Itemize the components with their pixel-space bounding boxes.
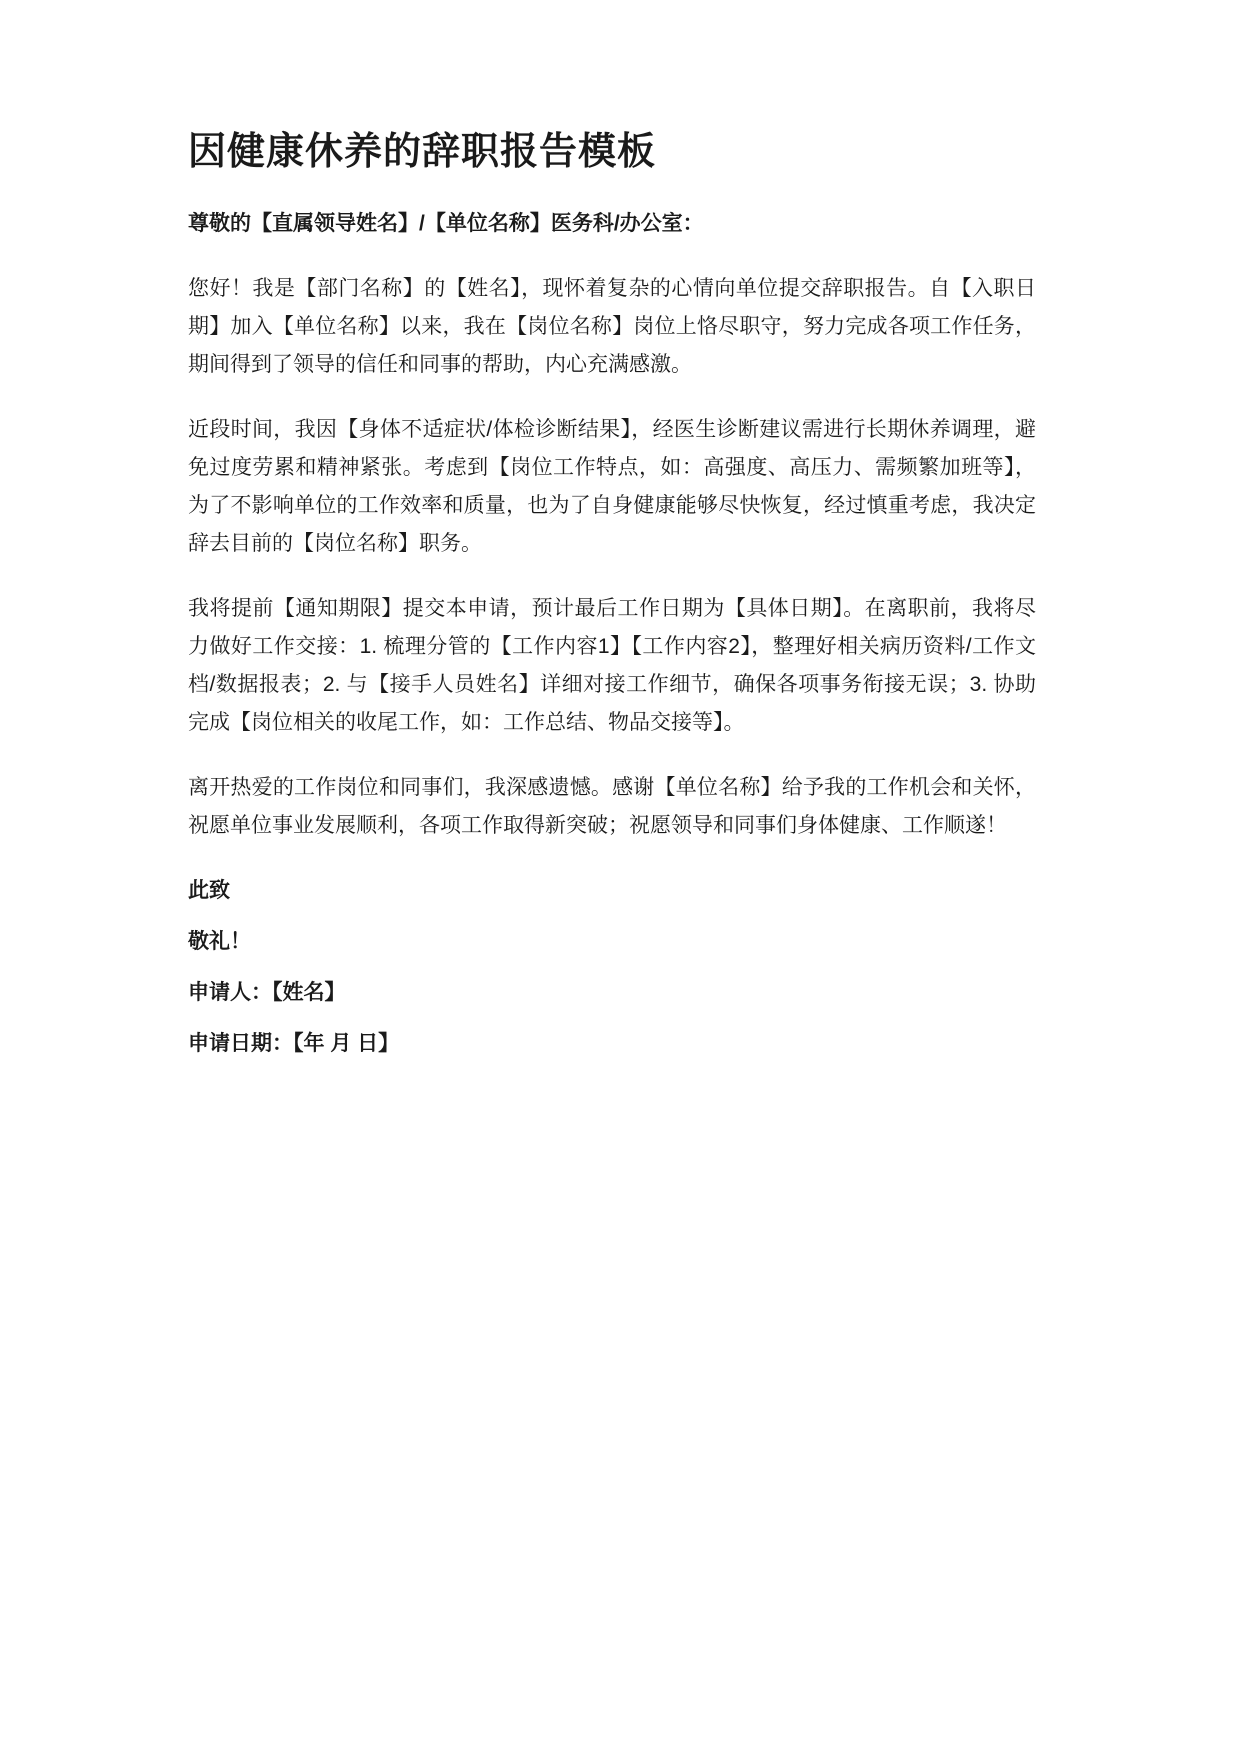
salutation-line: 尊敬的【直属领导姓名】/【单位名称】医务科/办公室： [188, 205, 1036, 243]
signature-date: 申请日期：【年 月 日】 [188, 1025, 1036, 1063]
closing-jingli: 敬礼！ [188, 923, 1036, 961]
paragraph-health-reason: 近段时间，我因【身体不适症状/体检诊断结果】，经医生诊断建议需进行长期休养调理，… [188, 411, 1036, 563]
paragraph-handover-plan: 我将提前【通知期限】提交本申请，预计最后工作日期为【具体日期】。在离职前，我将尽… [188, 590, 1036, 742]
paragraph-intro: 您好！我是【部门名称】的【姓名】，现怀着复杂的心情向单位提交辞职报告。自【入职日… [188, 270, 1036, 384]
closing-cizhi: 此致 [188, 872, 1036, 910]
signature-applicant: 申请人：【姓名】 [188, 974, 1036, 1012]
paragraph-gratitude: 离开热爱的工作岗位和同事们，我深感遗憾。感谢【单位名称】给予我的工作机会和关怀，… [188, 769, 1036, 845]
document-page: 因健康休养的辞职报告模板 尊敬的【直属领导姓名】/【单位名称】医务科/办公室： … [0, 0, 1241, 1755]
page-title: 因健康休养的辞职报告模板 [188, 128, 1036, 177]
